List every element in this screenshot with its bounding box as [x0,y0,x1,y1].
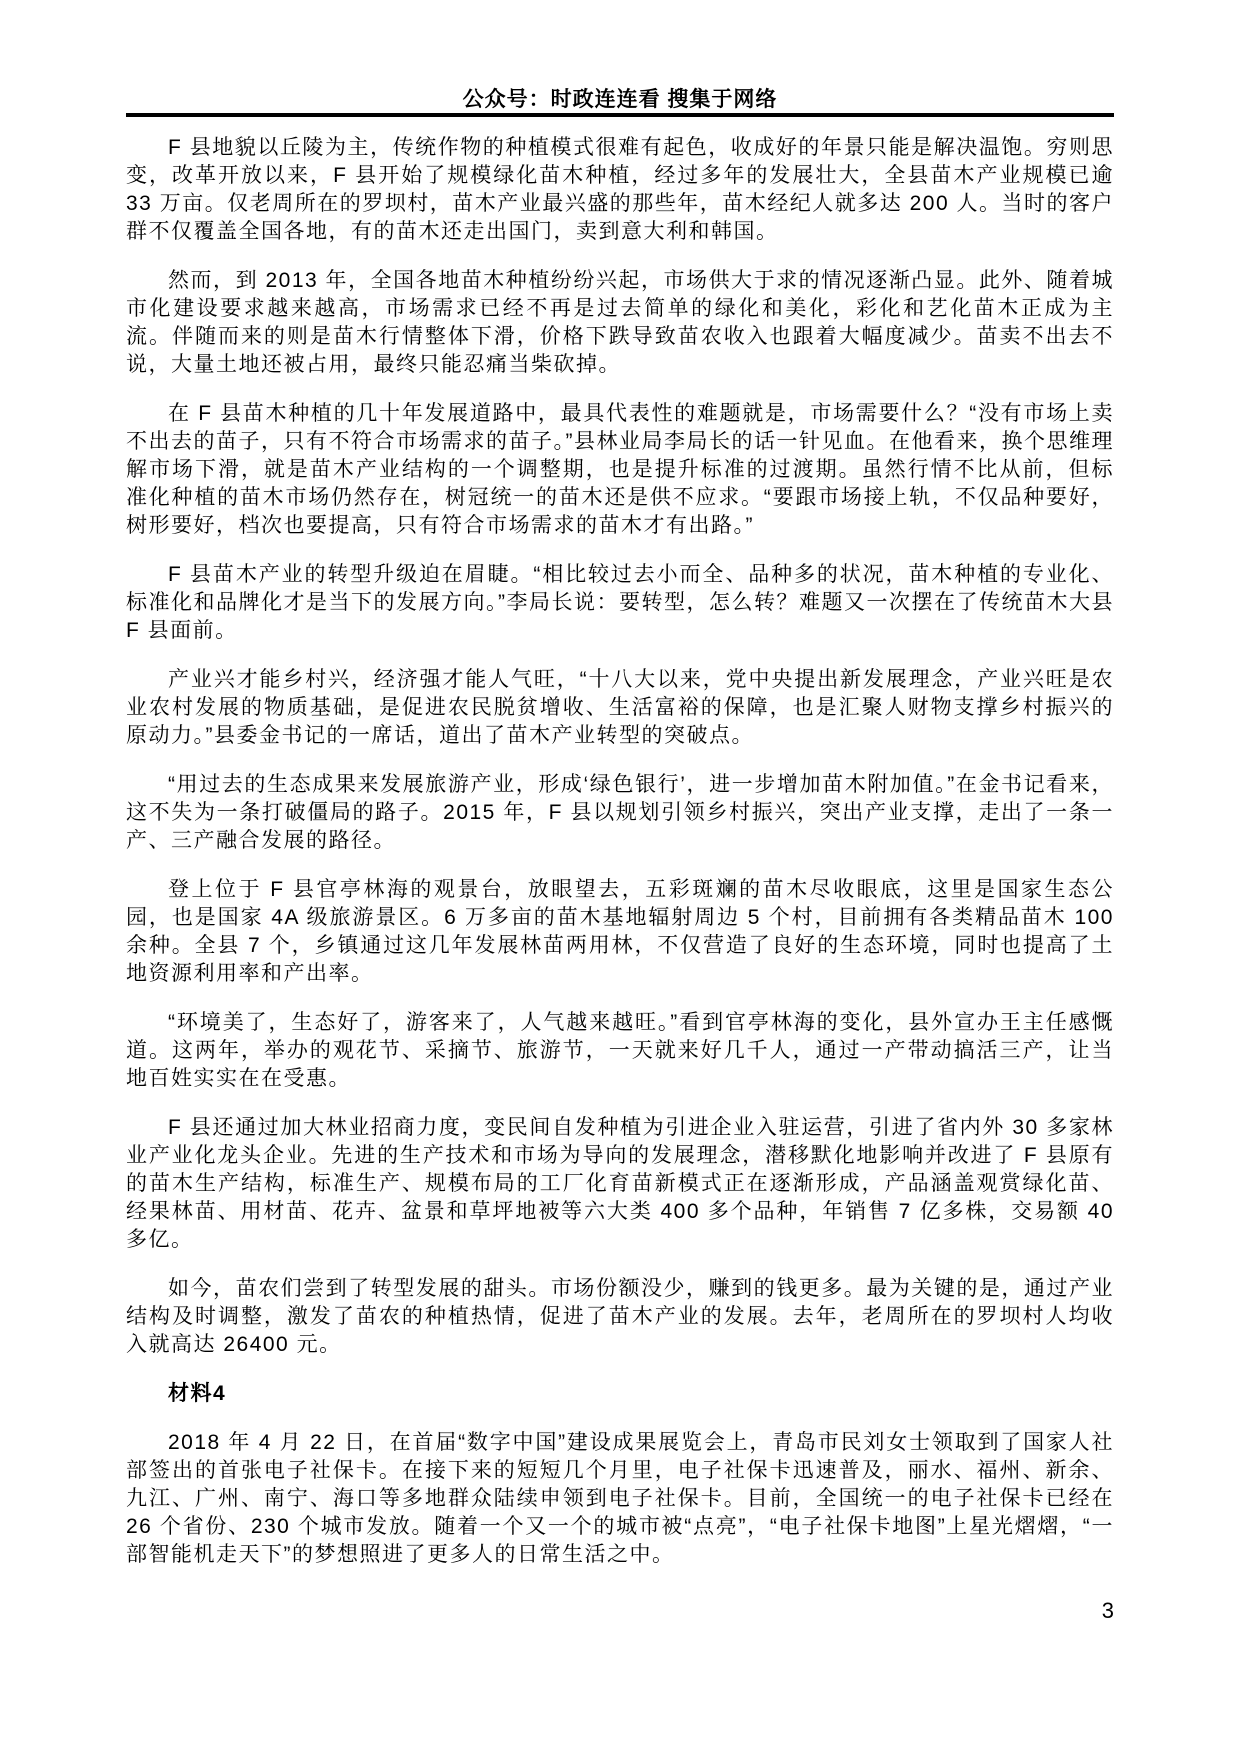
paragraph-green-bank: “用过去的生态成果来发展旅游产业，形成‘绿色银行’，进一步增加苗木附加值。”在金… [126,771,1114,855]
document-page: 公众号：时政连连看 搜集于网络 F 县地貌以丘陵为主，传统作物的种植模式很难有起… [0,0,1240,1754]
header-divider-rule [126,113,1114,117]
page-number: 3 [126,1598,1114,1624]
paragraph-investment-enterprises: F 县还通过加大林业招商力度，变民间自发种植为引进企业入驻运营，引进了省内外 3… [126,1114,1114,1254]
paragraph-market-demand-quote: 在 F 县苗木种植的几十年发展道路中，最具代表性的难题就是，市场需要什么？“没有… [126,400,1114,540]
paragraph-f-county-intro: F 县地貌以丘陵为主，传统作物的种植模式很难有起色，收成好的年景只能是解决温饱。… [126,134,1114,246]
paragraph-market-oversupply: 然而，到 2013 年，全国各地苗木种植纷纷兴起，市场供大于求的情况逐渐凸显。此… [126,267,1114,379]
paragraph-farmers-benefit: 如今，苗农们尝到了转型发展的甜头。市场份额没少，赚到的钱更多。最为关键的是，通过… [126,1275,1114,1359]
paragraph-industry-prosperity: 产业兴才能乡村兴，经济强才能人气旺，“十八大以来，党中央提出新发展理念，产业兴旺… [126,666,1114,750]
paragraph-guanting-forest: 登上位于 F 县官亭林海的观景台，放眼望去，五彩斑斓的苗木尽收眼底，这里是国家生… [126,876,1114,988]
page-header-title: 公众号：时政连连看 搜集于网络 [126,83,1114,113]
document-body: F 县地貌以丘陵为主，传统作物的种植模式很难有起色，收成好的年景只能是解决温饱。… [126,134,1114,1590]
paragraph-transformation-urgency: F 县苗木产业的转型升级迫在眉睫。“相比较过去小而全、品种多的状况，苗木种植的专… [126,561,1114,645]
material-4-heading: 材料4 [126,1380,1114,1408]
paragraph-tourism-festivals: “环境美了，生态好了，游客来了，人气越来越旺。”看到官亭林海的变化，县外宣办王主… [126,1009,1114,1093]
paragraph-digital-social-security-card: 2018 年 4 月 22 日，在首届“数字中国”建设成果展览会上，青岛市民刘女… [126,1429,1114,1569]
